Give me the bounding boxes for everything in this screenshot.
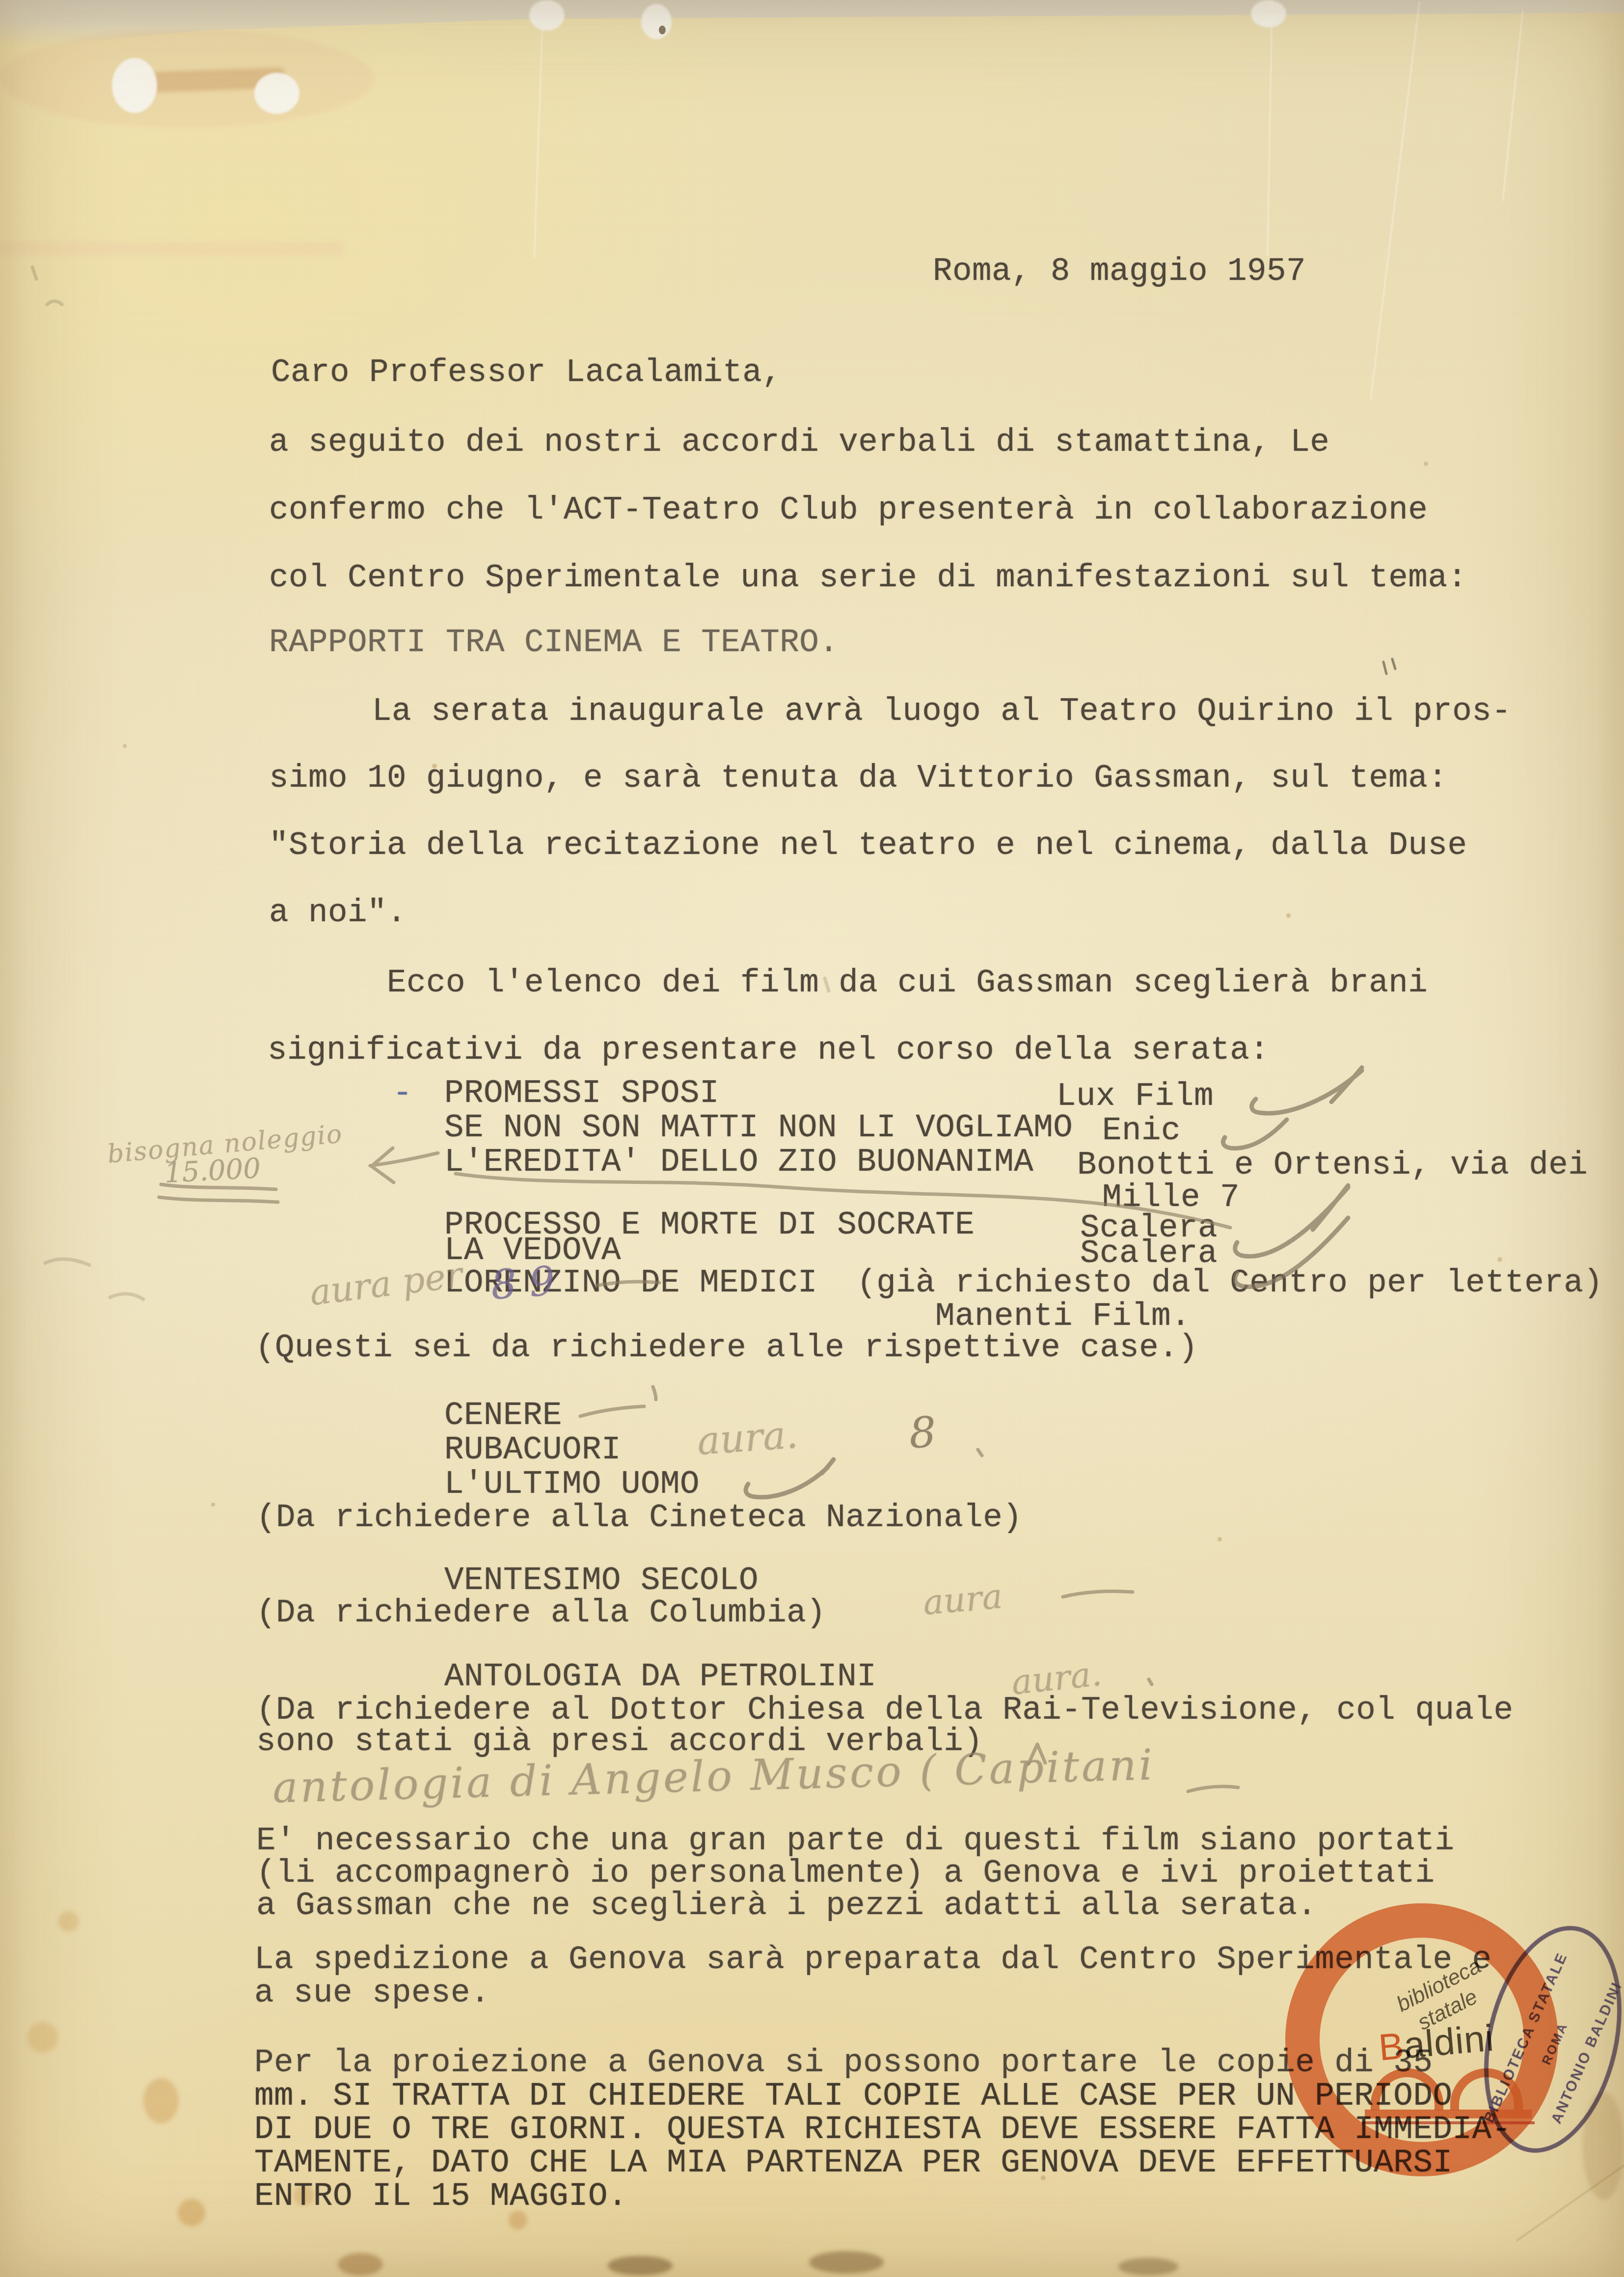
pencil-dot: [978, 1450, 982, 1455]
checkmark-icon: [746, 1459, 834, 1497]
pencil-dot: [1149, 1679, 1152, 1684]
handwritten-note: 15.000: [163, 1152, 261, 1189]
checkmark-icon: [1235, 1218, 1348, 1287]
checkmark-icon: [1235, 1185, 1348, 1256]
handwritten-note: aura: [921, 1576, 1004, 1623]
tick-mark: [825, 978, 829, 991]
pencil-dash: [580, 1387, 656, 1416]
pencil-dash: [1063, 1591, 1133, 1597]
pencil-dash: [596, 1282, 659, 1286]
handwritten-number: 8 9: [489, 1258, 557, 1309]
scribble: [45, 1259, 143, 1299]
strikethrough-line: [456, 1174, 1230, 1228]
checkmark-icon: [1252, 1068, 1362, 1113]
checkmark-icon: [1223, 1120, 1287, 1148]
scribble: [32, 267, 62, 304]
scanned-letter-page: Roma, 8 maggio 1957 Caro Professor Lacal…: [0, 0, 1624, 2277]
stray-ink-mark: [1383, 659, 1395, 674]
arrow-icon: [370, 1148, 438, 1182]
handwritten-note: aura.: [696, 1413, 799, 1464]
handwritten-number: 8: [908, 1408, 937, 1458]
open-book-icon: [1371, 2068, 1443, 2111]
pencil-dash: [1188, 1786, 1238, 1791]
